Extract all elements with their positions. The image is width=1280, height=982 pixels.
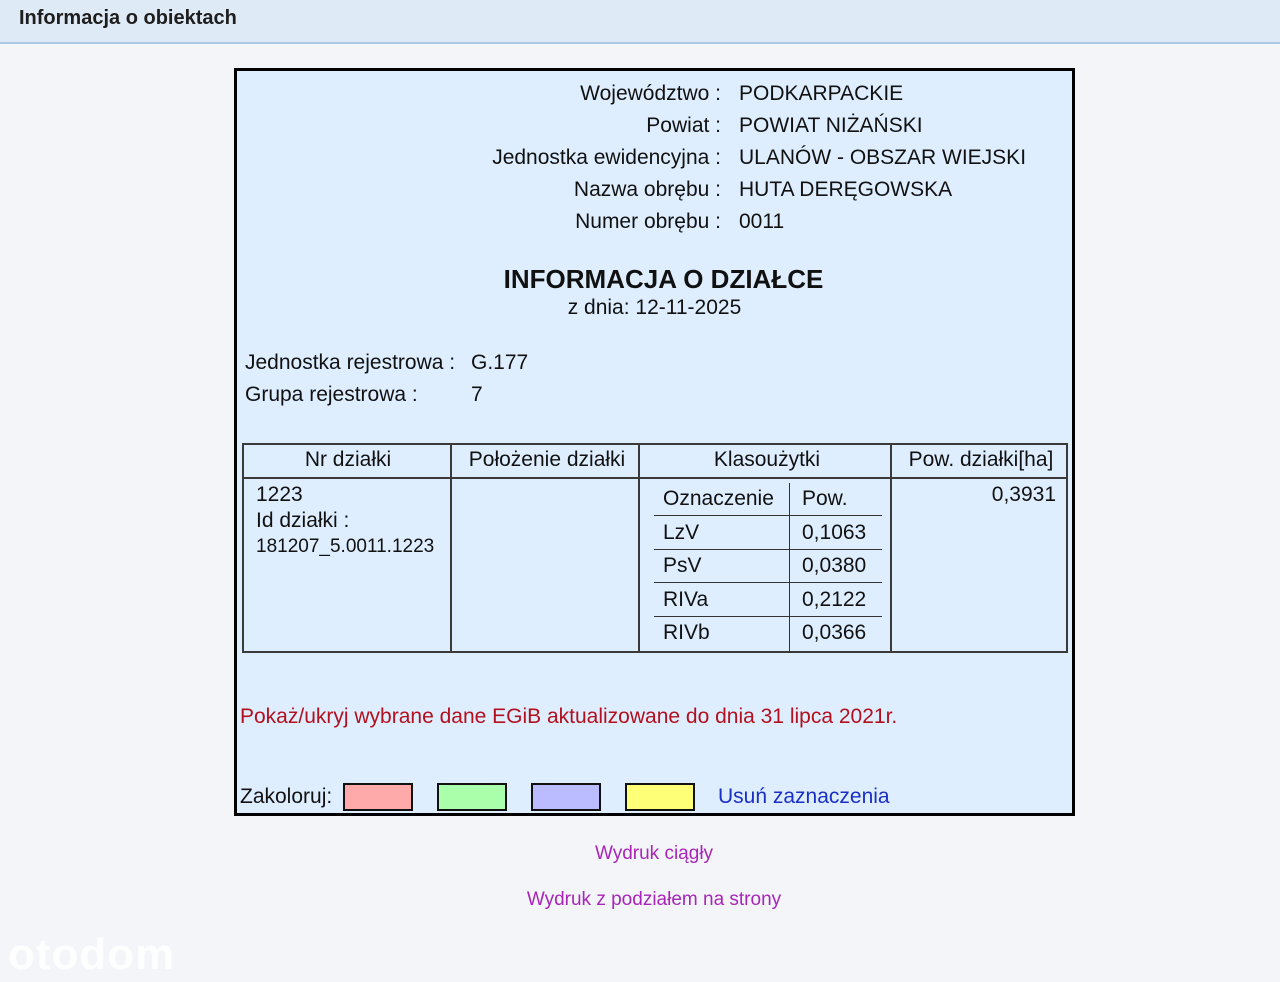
- location-row-county: Powiat : POWIAT NIŻAŃSKI: [237, 113, 1072, 145]
- land-class-code: LzV: [663, 521, 699, 545]
- parcel-id: 181207_5.0011.1223: [256, 536, 434, 558]
- watermark-logo: otodom: [8, 930, 175, 980]
- land-class-row-divider: [654, 549, 882, 550]
- registry-group-label: Grupa rejestrowa :: [245, 383, 418, 406]
- parcel-number: 1223: [256, 483, 303, 507]
- location-label: Powiat :: [646, 113, 721, 139]
- registry-unit-value: G.177: [471, 351, 528, 375]
- land-class-code: RIVb: [663, 621, 710, 645]
- location-row-precinct-number: Numer obrębu : 0011: [237, 209, 1072, 241]
- registry-group-value: 7: [471, 383, 483, 407]
- column-parcel-location: [452, 445, 640, 651]
- location-value: POWIAT NIŻAŃSKI: [739, 113, 923, 139]
- land-class-row-divider: [654, 616, 882, 617]
- color-swatch-blue[interactable]: [531, 783, 601, 811]
- land-class-code: RIVa: [663, 588, 708, 612]
- land-class-area: 0,0366: [802, 621, 866, 645]
- color-swatch-yellow[interactable]: [625, 783, 695, 811]
- land-class-header-area: Pow.: [802, 487, 848, 511]
- report-date: z dnia: 12-11-2025: [237, 296, 1072, 320]
- parcel-area: 0,3931: [992, 483, 1056, 507]
- print-continuous-link[interactable]: Wydruk ciągły: [0, 843, 1280, 865]
- registry-group: Grupa rejestrowa : 7: [245, 383, 418, 407]
- header-parcel-number: Nr działki: [244, 448, 452, 472]
- color-swatch-red[interactable]: [343, 783, 413, 811]
- parcel-table: Nr działki Położenie działki Klasoużytki…: [242, 443, 1068, 653]
- header-land-classes: Klasoużytki: [642, 448, 892, 472]
- location-value: ULANÓW - OBSZAR WIEJSKI: [739, 145, 1026, 171]
- registry-unit: Jednostka rejestrowa : G.177: [245, 351, 455, 375]
- colorize-toolbar: Zakoloruj: Usuń zaznaczenia: [240, 783, 940, 813]
- location-value: HUTA DERĘGOWSKA: [739, 177, 952, 203]
- location-row-precinct-name: Nazwa obrębu : HUTA DERĘGOWSKA: [237, 177, 1072, 209]
- location-label: Nazwa obrębu :: [574, 177, 721, 203]
- header-divider: [244, 477, 1066, 479]
- window-title: Informacja o obiektach: [19, 7, 237, 30]
- print-paged-link[interactable]: Wydruk z podziałem na strony: [0, 889, 1280, 911]
- color-swatch-green[interactable]: [437, 783, 507, 811]
- egib-toggle-link[interactable]: Pokaż/ukryj wybrane dane EGiB aktualizow…: [240, 705, 897, 729]
- parcel-id-label: Id działki :: [256, 509, 349, 533]
- location-label: Jednostka ewidencyjna :: [492, 145, 721, 171]
- location-row-unit: Jednostka ewidencyjna : ULANÓW - OBSZAR …: [237, 145, 1072, 177]
- colorize-label: Zakoloruj:: [240, 785, 332, 809]
- location-label: Województwo :: [580, 81, 721, 107]
- land-class-code: PsV: [663, 554, 702, 578]
- header-parcel-area: Pow. działki[ha]: [894, 448, 1068, 472]
- parcel-info-panel: Województwo : PODKARPACKIE Powiat : POWI…: [234, 68, 1075, 816]
- location-list: Województwo : PODKARPACKIE Powiat : POWI…: [237, 81, 1072, 241]
- clear-selection-link[interactable]: Usuń zaznaczenia: [718, 785, 890, 809]
- location-row-voivodeship: Województwo : PODKARPACKIE: [237, 81, 1072, 113]
- location-value: PODKARPACKIE: [739, 81, 903, 107]
- land-class-area: 0,2122: [802, 588, 866, 612]
- land-class-row-divider: [654, 515, 882, 516]
- land-class-header-code: Oznaczenie: [663, 487, 774, 511]
- land-class-column-divider: [789, 483, 790, 653]
- location-label: Numer obrębu :: [575, 209, 721, 235]
- header-parcel-location: Położenie działki: [452, 448, 642, 472]
- land-class-row-divider: [654, 582, 882, 583]
- page-heading: INFORMACJA O DZIAŁCE: [237, 264, 1072, 295]
- land-class-area: 0,0380: [802, 554, 866, 578]
- land-class-area: 0,1063: [802, 521, 866, 545]
- title-bar: Informacja o obiektach: [0, 0, 1280, 44]
- location-value: 0011: [739, 209, 784, 235]
- registry-unit-label: Jednostka rejestrowa :: [245, 351, 455, 374]
